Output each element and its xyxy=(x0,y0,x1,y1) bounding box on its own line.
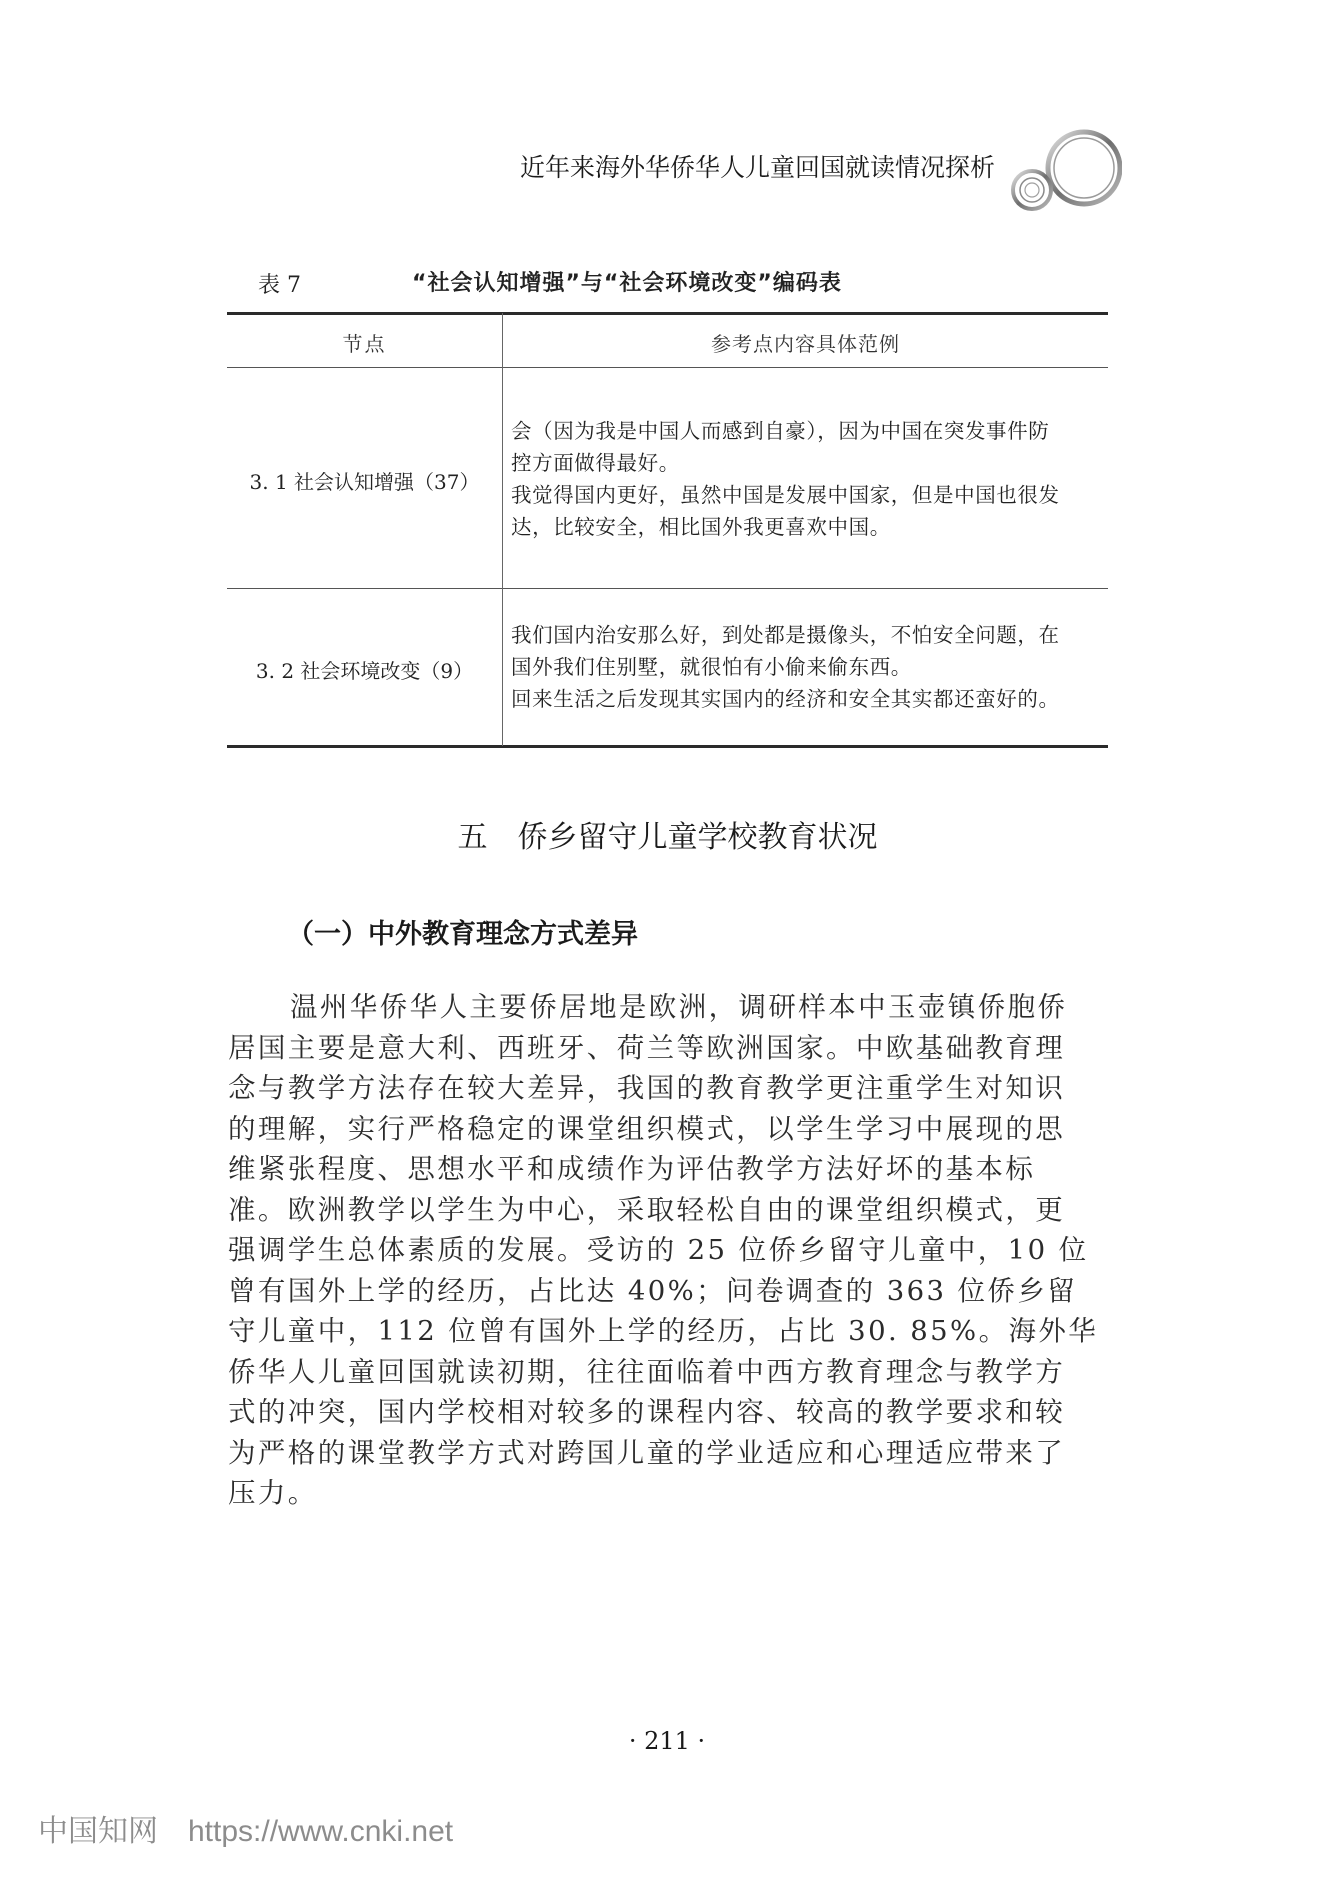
example-line: 达，比较安全，相比国外我更喜欢中国。 xyxy=(511,511,1109,543)
table-row-node: 3. 1 社会认知增强（37） xyxy=(227,466,502,495)
paragraph-line: 准。欧洲教学以学生为中心，采取轻松自由的课堂组织模式，更 xyxy=(228,1190,1108,1231)
body-paragraph: 温州华侨华人主要侨居地是欧洲，调研样本中玉壶镇侨胞侨 居国主要是意大利、西班牙、… xyxy=(228,987,1108,1514)
paragraph-line: 念与教学方法存在较大差异，我国的教育教学更注重学生对知识 xyxy=(228,1068,1108,1109)
example-line: 国外我们住别墅，就很怕有小偷来偷东西。 xyxy=(511,651,1109,683)
paragraph-line: 守儿童中，112 位曾有国外上学的经历，占比 30. 85%。海外华 xyxy=(228,1311,1108,1352)
cnki-watermark: 中国知网 https://www.cnki.net xyxy=(38,1806,453,1850)
example-line: 我们国内治安那么好，到处都是摄像头，不怕安全问题，在 xyxy=(511,619,1109,651)
example-line: 我觉得国内更好，虽然中国是发展中国家，但是中国也很发 xyxy=(511,479,1109,511)
table-title: “社会认知增强”与“社会环境改变”编码表 xyxy=(412,266,842,297)
table-row-examples: 会（因为我是中国人而感到自豪），因为中国在突发事件防 控方面做得最好。 我觉得国… xyxy=(511,415,1109,543)
table-header-node: 节点 xyxy=(227,328,502,357)
table-header-rule xyxy=(227,367,1108,368)
example-line: 会（因为我是中国人而感到自豪），因为中国在突发事件防 xyxy=(511,415,1109,447)
running-header-title: 近年来海外华侨华人儿童回国就读情况探析 xyxy=(480,148,995,184)
paragraph-line: 压力。 xyxy=(228,1473,1108,1514)
paragraph-line: 曾有国外上学的经历，占比达 40%；问卷调查的 363 位侨乡留 xyxy=(228,1271,1108,1312)
table-row-node: 3. 2 社会环境改变（9） xyxy=(227,655,502,684)
example-line: 回来生活之后发现其实国内的经济和安全其实都还蛮好的。 xyxy=(511,683,1109,715)
table-row-examples: 我们国内治安那么好，到处都是摄像头，不怕安全问题，在 国外我们住别墅，就很怕有小… xyxy=(511,619,1109,715)
table-header-examples: 参考点内容具体范例 xyxy=(503,328,1108,357)
paragraph-line: 的理解，实行严格稳定的课堂组织模式，以学生学习中展现的思 xyxy=(228,1109,1108,1150)
table-number: 表 7 xyxy=(258,268,301,299)
paragraph-line: 为严格的课堂教学方式对跨国儿童的学业适应和心理适应带来了 xyxy=(228,1433,1108,1474)
table-top-rule xyxy=(227,312,1108,315)
page-number: · 211 · xyxy=(612,1727,722,1755)
table-bottom-rule xyxy=(227,745,1108,748)
example-line: 控方面做得最好。 xyxy=(511,447,1109,479)
paragraph-line: 强调学生总体素质的发展。受访的 25 位侨乡留守儿童中，10 位 xyxy=(228,1230,1108,1271)
subsection-heading: （一）中外教育理念方式差异 xyxy=(287,912,638,951)
paragraph-line: 维紧张程度、思想水平和成绩作为评估教学方法好坏的基本标 xyxy=(228,1149,1108,1190)
paragraph-line: 侨华人儿童回国就读初期，往往面临着中西方教育理念与教学方 xyxy=(228,1352,1108,1393)
section-heading: 五 侨乡留守儿童学校教育状况 xyxy=(227,812,1108,856)
table-row-divider xyxy=(227,588,1108,589)
paragraph-line: 温州华侨华人主要侨居地是欧洲，调研样本中玉壶镇侨胞侨 xyxy=(228,987,1108,1028)
table-column-divider xyxy=(502,313,503,746)
paragraph-line: 式的冲突，国内学校相对较多的课程内容、较高的教学要求和较 xyxy=(228,1392,1108,1433)
double-ring-icon xyxy=(1004,128,1122,216)
paragraph-line: 居国主要是意大利、西班牙、荷兰等欧洲国家。中欧基础教育理 xyxy=(228,1028,1108,1069)
